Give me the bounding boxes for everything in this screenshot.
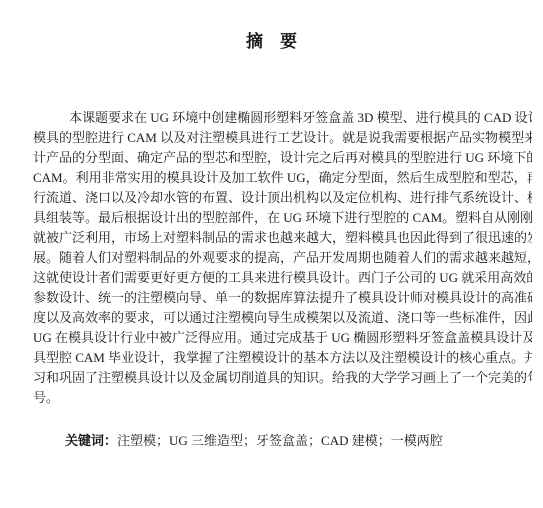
abstract-line: CAM。利用非常实用的模具设计及加工软件 UG，确定分型面，然后生成型腔和型芯，… [33,168,532,188]
keywords-line: 关键词：注塑模；UG 三维造型；牙签盒盖；CAD 建模；一模两腔 [33,432,532,450]
abstract-paragraph: 本课题要求在 UG 环境中创建椭圆形塑料牙签盒盖 3D 模型、进行模具的 CAD… [33,108,532,408]
abstract-line: 度以及高效率的要求，可以通过注塑模向导生成模架以及流道、浇口等一些标准件，因此 [33,308,532,328]
keywords-text: 注塑模；UG 三维造型；牙签盒盖；CAD 建模；一模两腔 [117,433,443,448]
abstract-line: 本课题要求在 UG 环境中创建椭圆形塑料牙签盒盖 3D 模型、进行模具的 CAD… [33,108,532,128]
abstract-line: 号。 [33,388,532,408]
page-title: 摘 要 [0,27,543,52]
abstract-line: 习和巩固了注塑模具设计以及金属切削道具的知识。给我的大学学习画上了一个完美的句 [33,368,532,388]
keywords-label: 关键词： [65,433,117,448]
abstract-line: 这就使设计者们需要更好更方便的工具来进行模具设计。西门子公司的 UG 就采用高效… [33,268,532,288]
abstract-line: UG 在模具设计行业中被广泛得应用。通过完成基于 UG 椭圆形塑料牙签盒盖模具设… [33,328,532,348]
abstract-page: 摘 要 本课题要求在 UG 环境中创建椭圆形塑料牙签盒盖 3D 模型、进行模具的… [0,0,543,508]
abstract-line: 具组装等。最后根据设计出的型腔部件，在 UG 环境下进行型腔的 CAM。塑料自从… [33,208,532,228]
abstract-line: 参数设计、统一的注塑模向导、单一的数据库算法提升了模具设计师对模具设计的高准确 [33,288,532,308]
abstract-line: 展。随着人们对塑料制品的外观要求的提高，产品开发周期也随着人们的需求越来越短， [33,248,532,268]
abstract-line: 具型腔 CAM 毕业设计，我掌握了注塑模设计的基本方法以及注塑模设计的核心重点。… [33,348,532,368]
abstract-line: 计产品的分型面、确定产品的型芯和型腔，设计完之后再对模具的型腔进行 UG 环境下… [33,148,532,168]
abstract-line: 模具的型腔进行 CAM 以及对注塑模具进行工艺设计。就是说我需要根据产品实物模型… [33,128,532,148]
abstract-line: 就被广泛利用，市场上对塑料制品的需求也越来越大，塑料模具也因此得到了很迅速的发 [33,228,532,248]
abstract-line: 行流道、浇口以及冷却水管的布置、设计顶出机构以及定位机构、进行排气系统设计、模 [33,188,532,208]
